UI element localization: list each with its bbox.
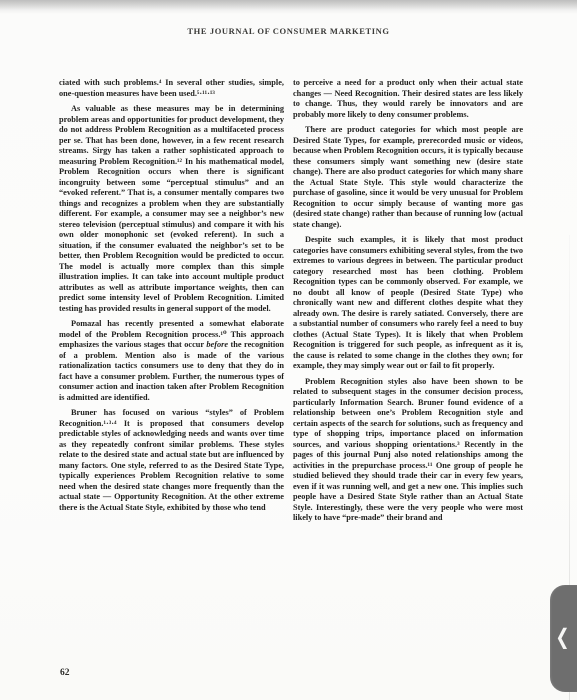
document-viewer: THE JOURNAL OF CONSUMER MARKETING ciated… <box>0 0 577 700</box>
paragraph: There are product categories for which m… <box>293 125 523 230</box>
left-column: ciated with such problems.⁴ In several o… <box>59 78 284 529</box>
article-body: ciated with such problems.⁴ In several o… <box>59 78 523 529</box>
paragraph: Problem Recognition styles also have bee… <box>293 377 523 524</box>
paragraph: ciated with such problems.⁴ In several o… <box>59 78 284 99</box>
paragraph: Bruner has focused on various “styles” o… <box>59 408 284 513</box>
paragraph: Despite such examples, it is likely that… <box>293 235 523 372</box>
chevron-left-icon: ❮ <box>555 628 569 649</box>
right-column: to perceive a need for a product only wh… <box>293 78 523 529</box>
paragraph: to perceive a need for a product only wh… <box>293 78 523 120</box>
running-head: THE JOURNAL OF CONSUMER MARKETING <box>0 26 577 36</box>
journal-page: THE JOURNAL OF CONSUMER MARKETING ciated… <box>0 0 577 700</box>
paragraph: As valuable as these measures may be in … <box>59 104 284 314</box>
paragraph: Pomazal has recently presented a somewha… <box>59 319 284 403</box>
previous-page-button[interactable]: ❮ <box>550 585 577 692</box>
page-number: 62 <box>60 668 70 678</box>
